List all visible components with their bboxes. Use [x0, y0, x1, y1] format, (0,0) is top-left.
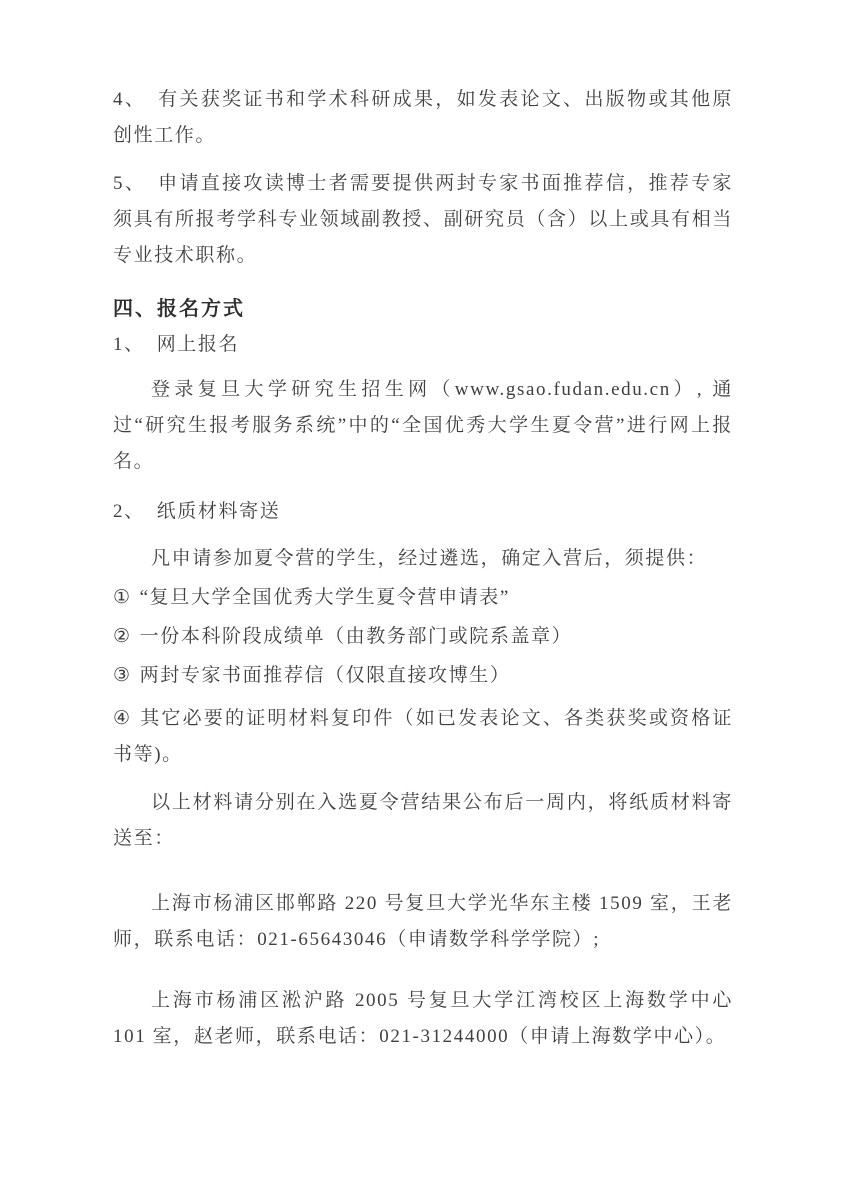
circled-number-icon: ④	[113, 708, 140, 729]
paragraph-text: 网上报名	[157, 334, 239, 355]
item-paper-materials: 2、纸质材料寄送	[113, 494, 733, 530]
list-number: 5、	[113, 173, 158, 194]
paragraph-materials-intro: 凡申请参加夏令营的学生，经过遴选，确定入营后，须提供：	[113, 541, 733, 577]
paragraph-phd-recommendation: 5、申请直接攻读博士者需要提供两封专家书面推荐信，推荐专家须具有所报考学科专业领…	[113, 166, 733, 274]
paragraph-text: 申请直接攻读博士者需要提供两封专家书面推荐信，推荐专家须具有所报考学科专业领域副…	[113, 173, 733, 266]
paragraph-text: 有关获奖证书和学术科研成果，如发表论文、出版物或其他原创性工作。	[113, 89, 733, 146]
paragraph-text: 纸质材料寄送	[157, 501, 281, 522]
paragraph-address-shanghai-math-center: 上海市杨浦区淞沪路 2005 号复旦大学江湾校区上海数学中心 101 室，赵老师…	[113, 983, 733, 1055]
list-item-recommendation-letters: ③两封专家书面推荐信（仅限直接攻博生）	[113, 658, 733, 694]
paragraph-address-math-school: 上海市杨浦区邯郸路 220 号复旦大学光华东主楼 1509 室，王老师，联系电话…	[113, 886, 733, 958]
paragraph-online-registration-detail: 登录复旦大学研究生招生网（www.gsao.fudan.edu.cn）, 通过“…	[113, 372, 733, 480]
paragraph-text: 一份本科阶段成绩单（由教务部门或院系盖章）	[140, 626, 573, 647]
paragraph-award-materials: 4、有关获奖证书和学术科研成果，如发表论文、出版物或其他原创性工作。	[113, 82, 733, 154]
list-item-application-form: ①“复旦大学全国优秀大学生夏令营申请表”	[113, 580, 733, 616]
circled-number-icon: ③	[113, 665, 140, 686]
list-number: 4、	[113, 89, 158, 110]
document-page: 4、有关获奖证书和学术科研成果，如发表论文、出版物或其他原创性工作。 5、申请直…	[0, 0, 849, 1200]
paragraph-text: 两封专家书面推荐信（仅限直接攻博生）	[140, 665, 511, 686]
list-item-transcript: ②一份本科阶段成绩单（由教务部门或院系盖章）	[113, 619, 733, 655]
list-number: 2、	[113, 501, 157, 522]
list-item-other-certificates: ④其它必要的证明材料复印件（如已发表论文、各类获奖或资格证书等)。	[113, 701, 733, 773]
paragraph-mailing-deadline: 以上材料请分别在入选夏令营结果公布后一周内，将纸质材料寄送至：	[113, 785, 733, 857]
document-content: 4、有关获奖证书和学术科研成果，如发表论文、出版物或其他原创性工作。 5、申请直…	[113, 82, 733, 1055]
item-online-registration: 1、网上报名	[113, 327, 733, 363]
circled-number-icon: ①	[113, 587, 140, 608]
circled-number-icon: ②	[113, 626, 140, 647]
paragraph-text: “复旦大学全国优秀大学生夏令营申请表”	[140, 587, 510, 608]
list-number: 1、	[113, 334, 157, 355]
paragraph-text: 其它必要的证明材料复印件（如已发表论文、各类获奖或资格证书等)。	[113, 708, 733, 765]
section-heading-registration-method: 四、报名方式	[113, 291, 733, 327]
